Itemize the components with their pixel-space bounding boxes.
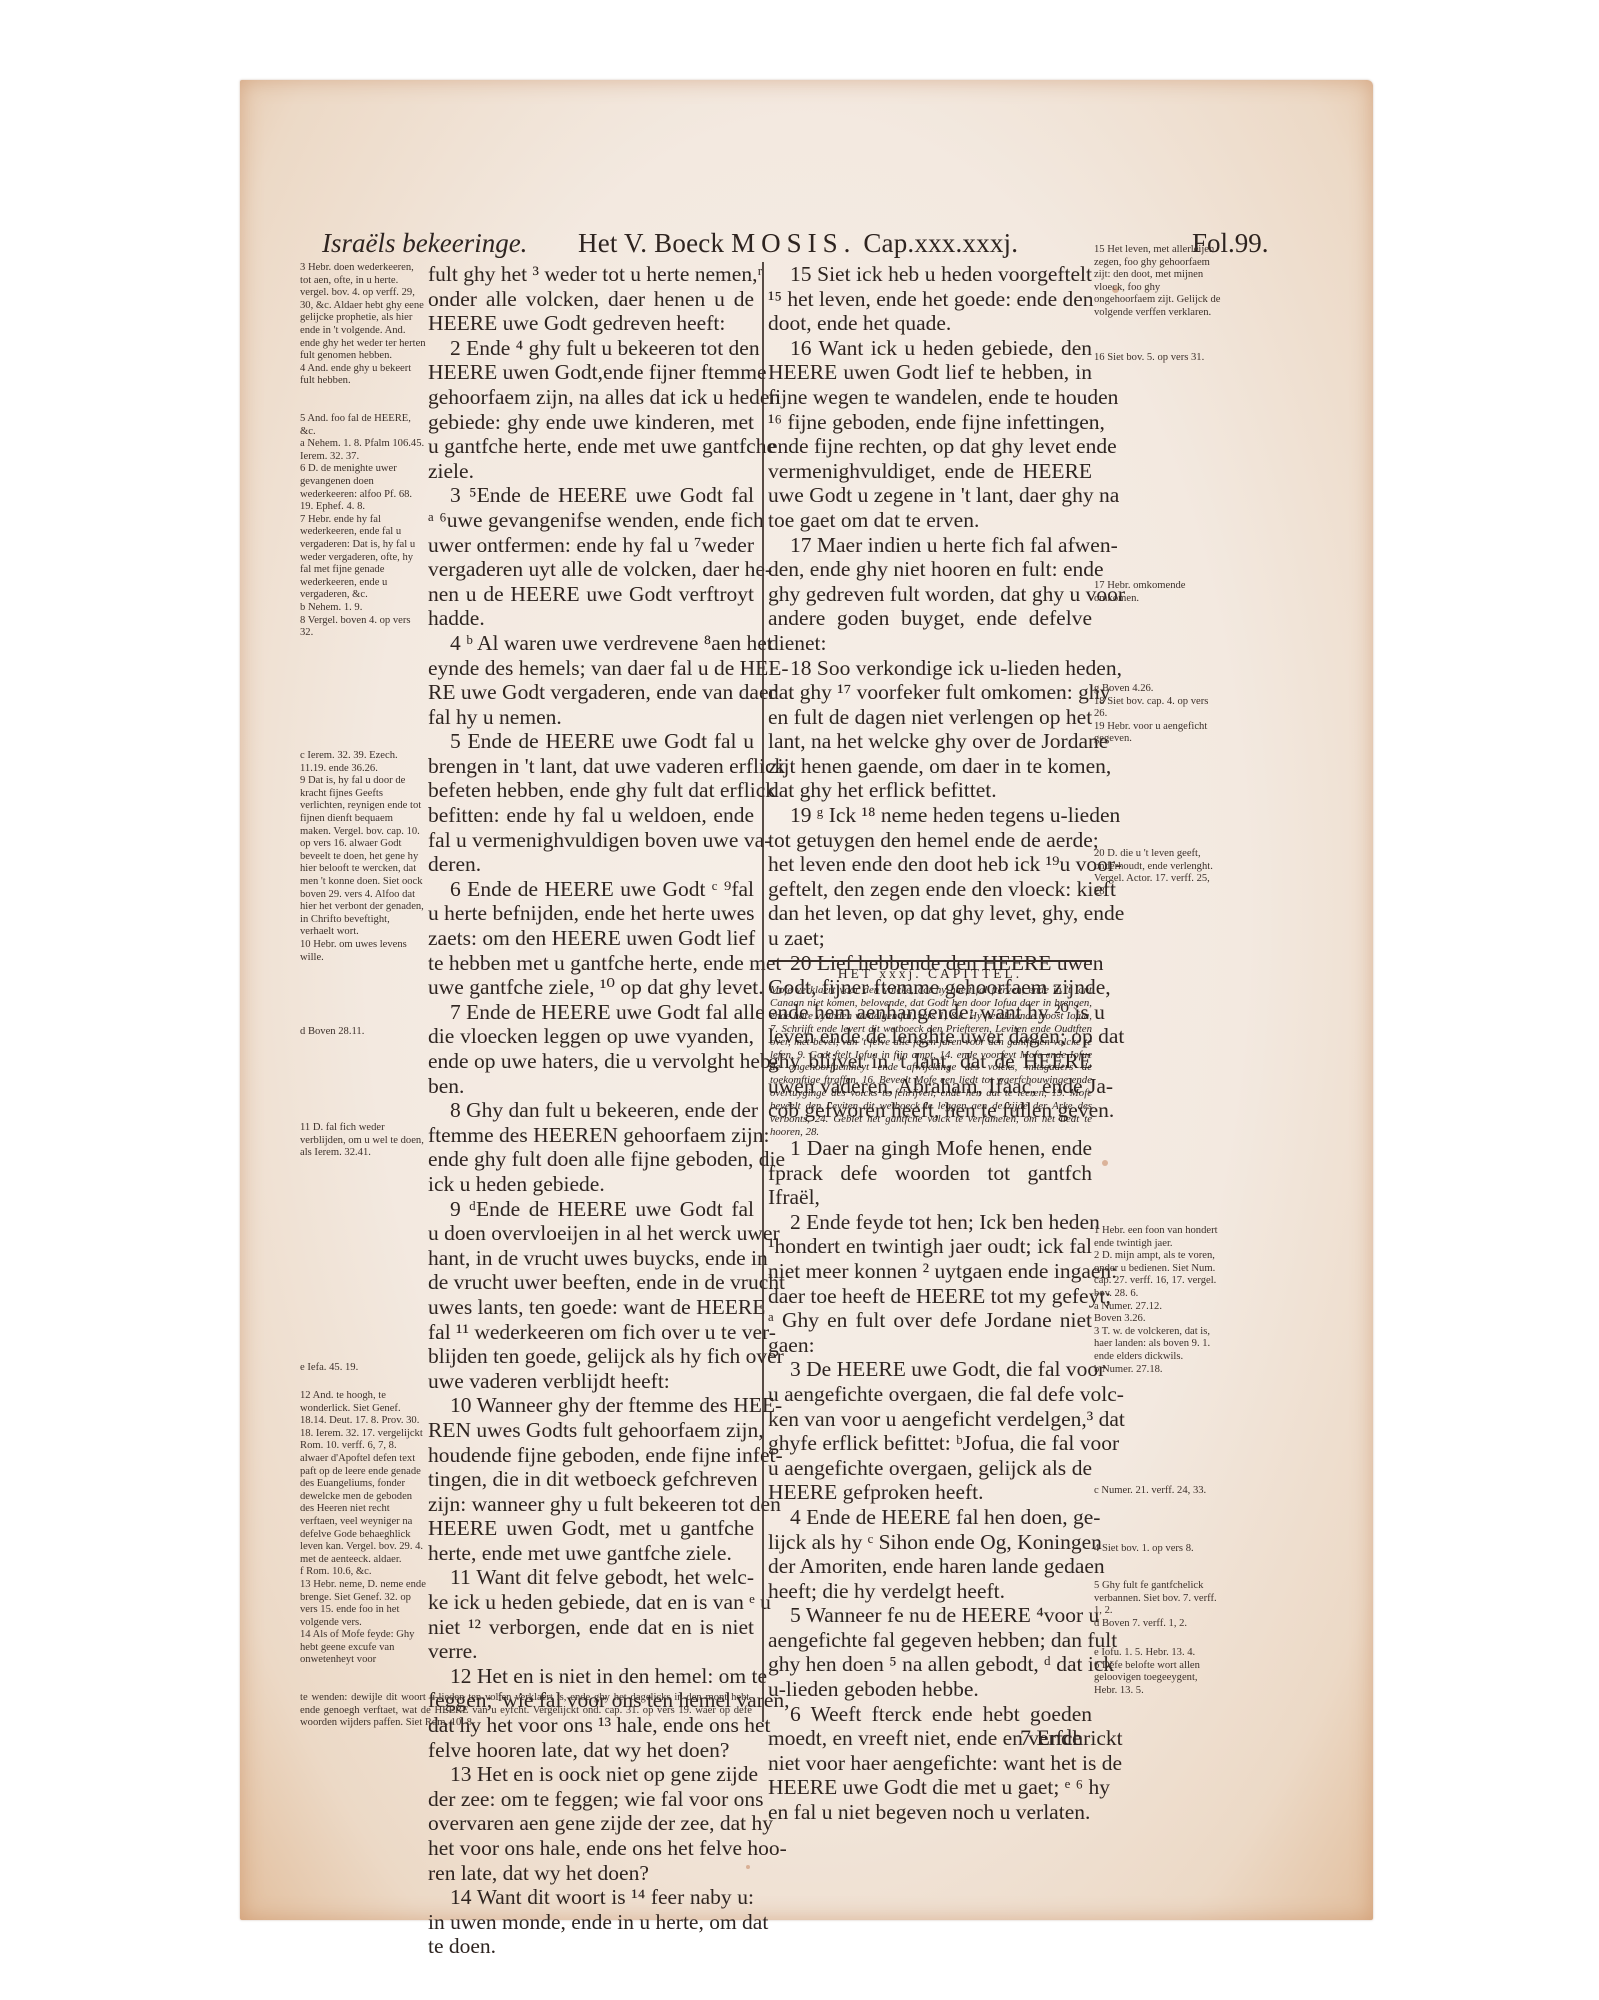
margin-note: e Iefa. 45. 19. [300,1362,426,1375]
text-line: doot, ende het quade. [768,311,1092,336]
text-line: hadde. [428,606,754,631]
margin-note: b Numer. 27.18. [1094,1364,1222,1377]
column-divider [762,262,764,1722]
text-line: ghyfe erflick befittet: ᵇJofua, die fal … [768,1431,1092,1456]
margin-note: 17 Hebr. omkomende omkomen. [1094,580,1222,605]
margin-note: e Iofu. 1. 5. Hebr. 13. 4. [1094,1647,1222,1660]
text-line: 7 Ende de HEERE uwe Godt fal alle [428,1000,754,1025]
text-line: der Amoriten, ende haren lande gedaen [768,1554,1092,1579]
text-line: fal u vermenighvuldigen boven uwe va- [428,828,754,853]
text-line: HEERE uwe Godt gedreven heeft: [428,311,754,336]
text-line: fult ghy het ³ weder tot u herte nemen,ʳ [428,262,754,287]
left-margin-notes: e Iefa. 45. 19. [300,1362,426,1375]
text-line: HEERE uwen Godt lief te hebben, in [768,360,1092,385]
text-line: hant, in de vrucht uwes buycks, ende in [428,1246,754,1271]
margin-note: 18 Siet bov. cap. 4. op vers 26. [1094,696,1222,721]
margin-note: 13 Hebr. neme, D. neme ende brenge. Siet… [300,1579,426,1629]
text-line: het leven ende den doot heb ick ¹⁹u voor… [768,852,1092,877]
margin-note: 6 Defe belofte wort allen geloovigen toe… [1094,1660,1222,1698]
text-line: den, ende ghy niet hooren en fult: ende [768,557,1092,582]
text-line: 2 Ende feyde tot hen; Ick ben heden [768,1210,1092,1235]
margin-note: 2 D. mijn ampt, als te voren, onder u be… [1094,1250,1222,1300]
text-line: vergaderen uyt alle de volcken, daer he- [428,557,754,582]
text-line: verre. [428,1639,754,1664]
text-line: onder alle volcken, daer henen u de [428,287,754,312]
text-line: uwer ontfermen: ende hy fal u ⁷weder [428,533,754,558]
margin-note: 19 Hebr. voor u aengeficht gegeven. [1094,721,1222,746]
text-line: daer toe heeft de HEERE tot my gefeyt; [768,1284,1092,1309]
right-margin-notes: 15 Het leven, met allerleijen zegen, foo… [1094,244,1222,320]
margin-note: a Nehem. 1. 8. Pfalm 106.45. Ierem. 32. … [300,438,426,463]
running-title: Israëls bekeeringe. [322,228,527,259]
text-line: 17 Maer indien u herte fich fal afwen- [768,533,1092,558]
margin-note: b Nehem. 1. 9. [300,602,426,615]
text-line: HEERE uwen Godt,ende fijner ftemme [428,360,754,385]
chapter-heading: HET xxxj. CAPITTEL. [768,966,1092,982]
book-title: Het V. Boeck MOSIS. Cap.xxx.xxxj. [578,228,1018,259]
margin-note: 8 Vergel. boven 4. op vers 32. [300,615,426,640]
text-line: uwe vaderen verblijdt heeft: [428,1369,754,1394]
text-line: brengen in 't lant, dat uwe vaderen erfl… [428,754,754,779]
text-line: houdende fijne geboden, ende fijne infet… [428,1443,754,1468]
text-line: 1 Daer na gingh Mofe henen, ende [768,1136,1092,1161]
left-margin-notes: 3 Hebr. doen wederkeeren, tot aen, ofte,… [300,262,426,388]
text-line: u gantfche herte, ende met uwe gantfche [428,434,754,459]
margin-note: 6 D. de menighte uwer gevangenen doen we… [300,463,426,513]
book-title-name: MOSIS. [731,228,856,258]
margin-note: 5 And. foo fal de HEERE, &c. [300,413,426,438]
text-line: aengefichte fal gegeven hebben; dan fult [768,1628,1092,1653]
margin-note: g Boven 4.26. [1094,683,1222,696]
text-line: zijn: wanneer ghy u fult bekeeren tot de… [428,1492,754,1517]
text-line: 19 ᵍ Ick ¹⁸ neme heden tegens u-lieden [768,803,1092,828]
text-line: ¹⁵ het leven, ende het goede: ende den [768,287,1092,312]
text-line: andere goden buyget, ende defelve [768,606,1092,631]
chapter-ref: Cap.xxx.xxxj. [863,228,1018,258]
text-line: niet meer konnen ² uytgaen ende ingaen: [768,1259,1092,1284]
chapter-summary: Mofe verklaert voor den volcke, dat hy h… [770,984,1092,1139]
text-line: 2 Ende ⁴ ghy fult u bekeeren tot den [428,336,754,361]
text-line: 12 Het en is niet in den hemel: om te [428,1664,754,1689]
text-line: 13 Het en is oock niet op gene zijde [428,1762,754,1787]
text-line: ¹⁶ fijne geboden, ende fijne infettingen… [768,410,1092,435]
text-line: ende op uwe haters, die u vervolght heb- [428,1049,754,1074]
left-margin-notes: 12 And. te hoogh, te wonderlick. Siet Ge… [300,1390,426,1667]
text-line: deren. [428,852,754,877]
text-line: ziele. [428,459,754,484]
text-line: 4 Ende de HEERE fal hen doen, ge- [768,1505,1092,1530]
right-margin-notes: 4 Siet bov. 1. op vers 8. [1094,1543,1222,1556]
text-line: in uwen monde, ende in u herte, om dat [428,1910,754,1935]
text-line: 3 ⁵Ende de HEERE uwe Godt fal [428,483,754,508]
chapter-rule [768,960,1092,962]
text-line: 4 ᵇ Al waren uwe verdrevene ⁸aen het [428,631,754,656]
text-line: 14 Want dit woort is ¹⁴ feer naby u: [428,1885,754,1910]
margin-note: 12 And. te hoogh, te wonderlick. Siet Ge… [300,1390,426,1566]
text-line: nen u de HEERE uwe Godt verftroyt [428,582,754,607]
text-line: het voor ons hale, ende ons het felve ho… [428,1836,754,1861]
text-line: ick u heden gebiede. [428,1172,754,1197]
text-line: dienet: [768,631,1092,656]
text-line: ¹hondert en twintigh jaer oudt; ick fal [768,1234,1092,1259]
text-line: toe gaet om dat te erven. [768,508,1092,533]
text-line: zaets: om den HEERE uwen Godt lief [428,926,754,951]
text-line: te hebben met u gantfche herte, ende met [428,951,754,976]
foxing-spot [1102,1160,1108,1166]
text-line: 16 Want ick u heden gebiede, den [768,336,1092,361]
text-line: 8 Ghy dan fult u bekeeren, ende der [428,1098,754,1123]
text-line: fal hy u nemen. [428,705,754,730]
right-margin-notes: g Boven 4.26. 18 Siet bov. cap. 4. op ve… [1094,683,1222,746]
text-line: 6 Weeft fterck ende hebt goeden [768,1702,1092,1727]
text-line: HEERE gefproken heeft. [768,1480,1092,1505]
margin-note: Boven 3.26. [1094,1313,1222,1326]
text-line: 6 Ende de HEERE uwe Godt ᶜ ⁹fal [428,877,754,902]
right-text-column-bottom: 1 Daer na gingh Mofe henen, endefprack d… [768,1136,1092,1825]
right-margin-notes: 16 Siet bov. 5. op vers 31. [1094,352,1222,365]
margin-note: 20 D. die u 't leven geeft, onderhoudt, … [1094,848,1222,898]
margin-note: 7 Hebr. ende hy fal wederkeeren, ende fa… [300,514,426,602]
text-line: te doen. [428,1934,754,1959]
text-line: felve hooren late, dat wy het doen? [428,1738,754,1763]
left-margin-notes: c Ierem. 32. 39. Ezech. 11.19. ende 36.2… [300,750,426,964]
text-line: herte, ende met uwe gantfche ziele. [428,1541,754,1566]
margin-note: 14 Als of Mofe feyde: Ghy hebt geene exc… [300,1629,426,1667]
margin-note: d Boven 28.11. [300,1026,426,1039]
text-line: 18 Soo verkondige ick u-lieden heden, [768,656,1092,681]
text-line: RE uwe Godt vergaderen, ende van daer [428,680,754,705]
text-line: zijt henen gaende, om daer in te komen, [768,754,1092,779]
text-line: REN uwes Godts fult gehoorfaem zijn, [428,1418,754,1443]
text-line: ende fijne rechten, op dat ghy levet end… [768,434,1092,459]
text-line: ghy gedreven fult worden, dat ghy u voor [768,582,1092,607]
left-margin-notes: d Boven 28.11. [300,1026,426,1039]
text-line: niet ¹² verborgen, ende dat en is niet [428,1615,754,1640]
text-line: u aengefichte overgaen, gelijck als de [768,1456,1092,1481]
text-line: en fult de dagen niet verlengen op het [768,705,1092,730]
text-line: fal ¹¹ wederkeeren om fich over u te ver… [428,1320,754,1345]
text-line: fijne wegen te wandelen, ende te houden [768,385,1092,410]
text-line: HEERE uwen Godt, met u gantfche [428,1516,754,1541]
margin-note: 10 Hebr. om uwes levens wille. [300,939,426,964]
text-line: dat ghy het erflick befittet. [768,778,1092,803]
text-line: ftemme des HEEREN gehoorfaem zijn: [428,1123,754,1148]
margin-note: c Numer. 21. verff. 24, 33. [1094,1485,1222,1498]
margin-note: 4 And. ende ghy u bekeert fult hebben. [300,363,426,388]
text-line: der zee: om te feggen; wie fal voor ons [428,1787,754,1812]
right-margin-notes: 5 Ghy fult fe gantfchelick verbannen. Si… [1094,1580,1222,1630]
text-line: tingen, die in dit wetboeck gefchreven [428,1467,754,1492]
text-line: uwe Godt u zegene in 't lant, daer ghy n… [768,483,1092,508]
right-margin-notes: c Numer. 21. verff. 24, 33. [1094,1485,1222,1498]
text-line: fprack defe woorden tot gantfch [768,1161,1092,1186]
text-line: gebiede: ghy ende uwe kinderen, met [428,410,754,435]
text-line: ende ghy fult doen alle fijne geboden, d… [428,1147,754,1172]
text-line: en fal u niet begeven noch u verlaten. [768,1800,1092,1825]
text-line: ben. [428,1074,754,1099]
text-line: u zaet; [768,926,1092,951]
text-line: ken van voor u aengeficht verdelgen,³ da… [768,1407,1092,1432]
bottom-footnote: te wenden: dewijle dit woort u-lieden te… [300,1692,752,1730]
text-line: 5 Wanneer fe nu de HEERE ⁴voor u [768,1603,1092,1628]
text-line: vermenighvuldiget, ende de HEERE [768,459,1092,484]
margin-note: 1 Hebr. een foon van hondert ende twinti… [1094,1225,1222,1250]
text-line: blijden ten goede, gelijck als hy fich o… [428,1344,754,1369]
text-line: 11 Want dit felve gebodt, het welc- [428,1565,754,1590]
text-line: u doen overvloeijen in al het werck uwer [428,1221,754,1246]
text-line: ren late, dat wy het doen? [428,1861,754,1886]
right-margin-notes: 1 Hebr. een foon van hondert ende twinti… [1094,1225,1222,1376]
text-line: dan het leven, op dat ghy levet, ghy, en… [768,901,1092,926]
text-line: uwes lants, ten goede: want de HEERE [428,1295,754,1320]
right-margin-notes: 20 D. die u 't leven geeft, onderhoudt, … [1094,848,1222,898]
book-title-prefix: Het V. Boeck [578,228,724,258]
left-margin-notes: 5 And. foo fal de HEERE, &c. a Nehem. 1.… [300,413,426,640]
text-line: HEERE uwe Godt die met u gaet; ᵉ ⁶ hy [768,1775,1092,1800]
text-line: overvaren aen gene zijde der zee, dat hy [428,1811,754,1836]
text-line: ᵃ Ghy en fult over defe Jordane niet [768,1308,1092,1333]
text-line: lant, na het welcke ghy over de Jordane [768,729,1092,754]
margin-note: a Numer. 27.12. [1094,1301,1222,1314]
margin-note: d Boven 7. verff. 1, 2. [1094,1618,1222,1631]
text-line: u herte befnijden, ende het herte uwes [428,901,754,926]
left-margin-notes: 11 D. fal fich weder verblijden, om u we… [300,1122,426,1160]
margin-note: f Rom. 10.6, &c. [300,1566,426,1579]
text-line: dat ghy ¹⁷ voorfeker fult omkomen: ghy [768,680,1092,705]
text-line: ghy hen doen ⁵ na allen gebodt, ᵈ dat ic… [768,1652,1092,1677]
text-line: de vrucht uwer beeften, ende in de vruch… [428,1270,754,1295]
catchword: 7 Ende [1020,1725,1082,1751]
margin-note: c Ierem. 32. 39. Ezech. 11.19. ende 36.2… [300,750,426,775]
text-line: 3 De HEERE uwe Godt, die fal voor [768,1357,1092,1382]
text-line: geftelt, den zegen ende den vloeck: kief… [768,877,1092,902]
margin-note: 4 Siet bov. 1. op vers 8. [1094,1543,1222,1556]
text-line: lijck als hy ᶜ Sihon ende Og, Koningen [768,1530,1092,1555]
text-line: Ifraël, [768,1185,1092,1210]
margin-note: 16 Siet bov. 5. op vers 31. [1094,352,1222,365]
text-line: gaen: [768,1333,1092,1358]
margin-note: 11 D. fal fich weder verblijden, om u we… [300,1122,426,1160]
text-line: u-lieden geboden hebbe. [768,1677,1092,1702]
text-line: u aengefichte overgaen, die fal defe vol… [768,1382,1092,1407]
text-line: 5 Ende de HEERE uwe Godt fal u [428,729,754,754]
text-line: befeten hebben, ende ghy fult dat erflic… [428,778,754,803]
margin-note: 3 T. w. de volckeren, dat is, haer lande… [1094,1326,1222,1364]
text-line: befitten: ende hy fal u weldoen, ende [428,803,754,828]
margin-note: 15 Het leven, met allerleijen zegen, foo… [1094,244,1222,320]
text-line: uwe gantfche ziele, ¹⁰ op dat ghy levet. [428,975,754,1000]
text-line: 9 ᵈEnde de HEERE uwe Godt fal [428,1197,754,1222]
margin-note: 3 Hebr. doen wederkeeren, tot aen, ofte,… [300,262,426,363]
text-line: ke ick u heden gebiede, dat en is van ᵉ … [428,1590,754,1615]
text-line: 10 Wanneer ghy der ftemme des HEE- [428,1393,754,1418]
text-line: tot getuygen den hemel ende de aerde; [768,828,1092,853]
text-line: eynde des hemels; van daer fal u de HEE- [428,656,754,681]
text-line: niet voor haer aengefichte: want het is … [768,1751,1092,1776]
text-line: heeft; die hy verdelgt heeft. [768,1579,1092,1604]
right-margin-notes: e Iofu. 1. 5. Hebr. 13. 4. 6 Defe beloft… [1094,1647,1222,1697]
text-line: gehoorfaem zijn, na alles dat ick u hede… [428,385,754,410]
right-margin-notes: 17 Hebr. omkomende omkomen. [1094,580,1222,605]
text-line: die vloecken leggen op uwe vyanden, [428,1024,754,1049]
text-line: 15 Siet ick heb u heden voorgeftelt [768,262,1092,287]
margin-note: 9 Dat is, hy fal u door de kracht fijnes… [300,775,426,939]
text-line: ᵃ ⁶uwe gevangenifse wenden, ende fich [428,508,754,533]
margin-note: 5 Ghy fult fe gantfchelick verbannen. Si… [1094,1580,1222,1618]
